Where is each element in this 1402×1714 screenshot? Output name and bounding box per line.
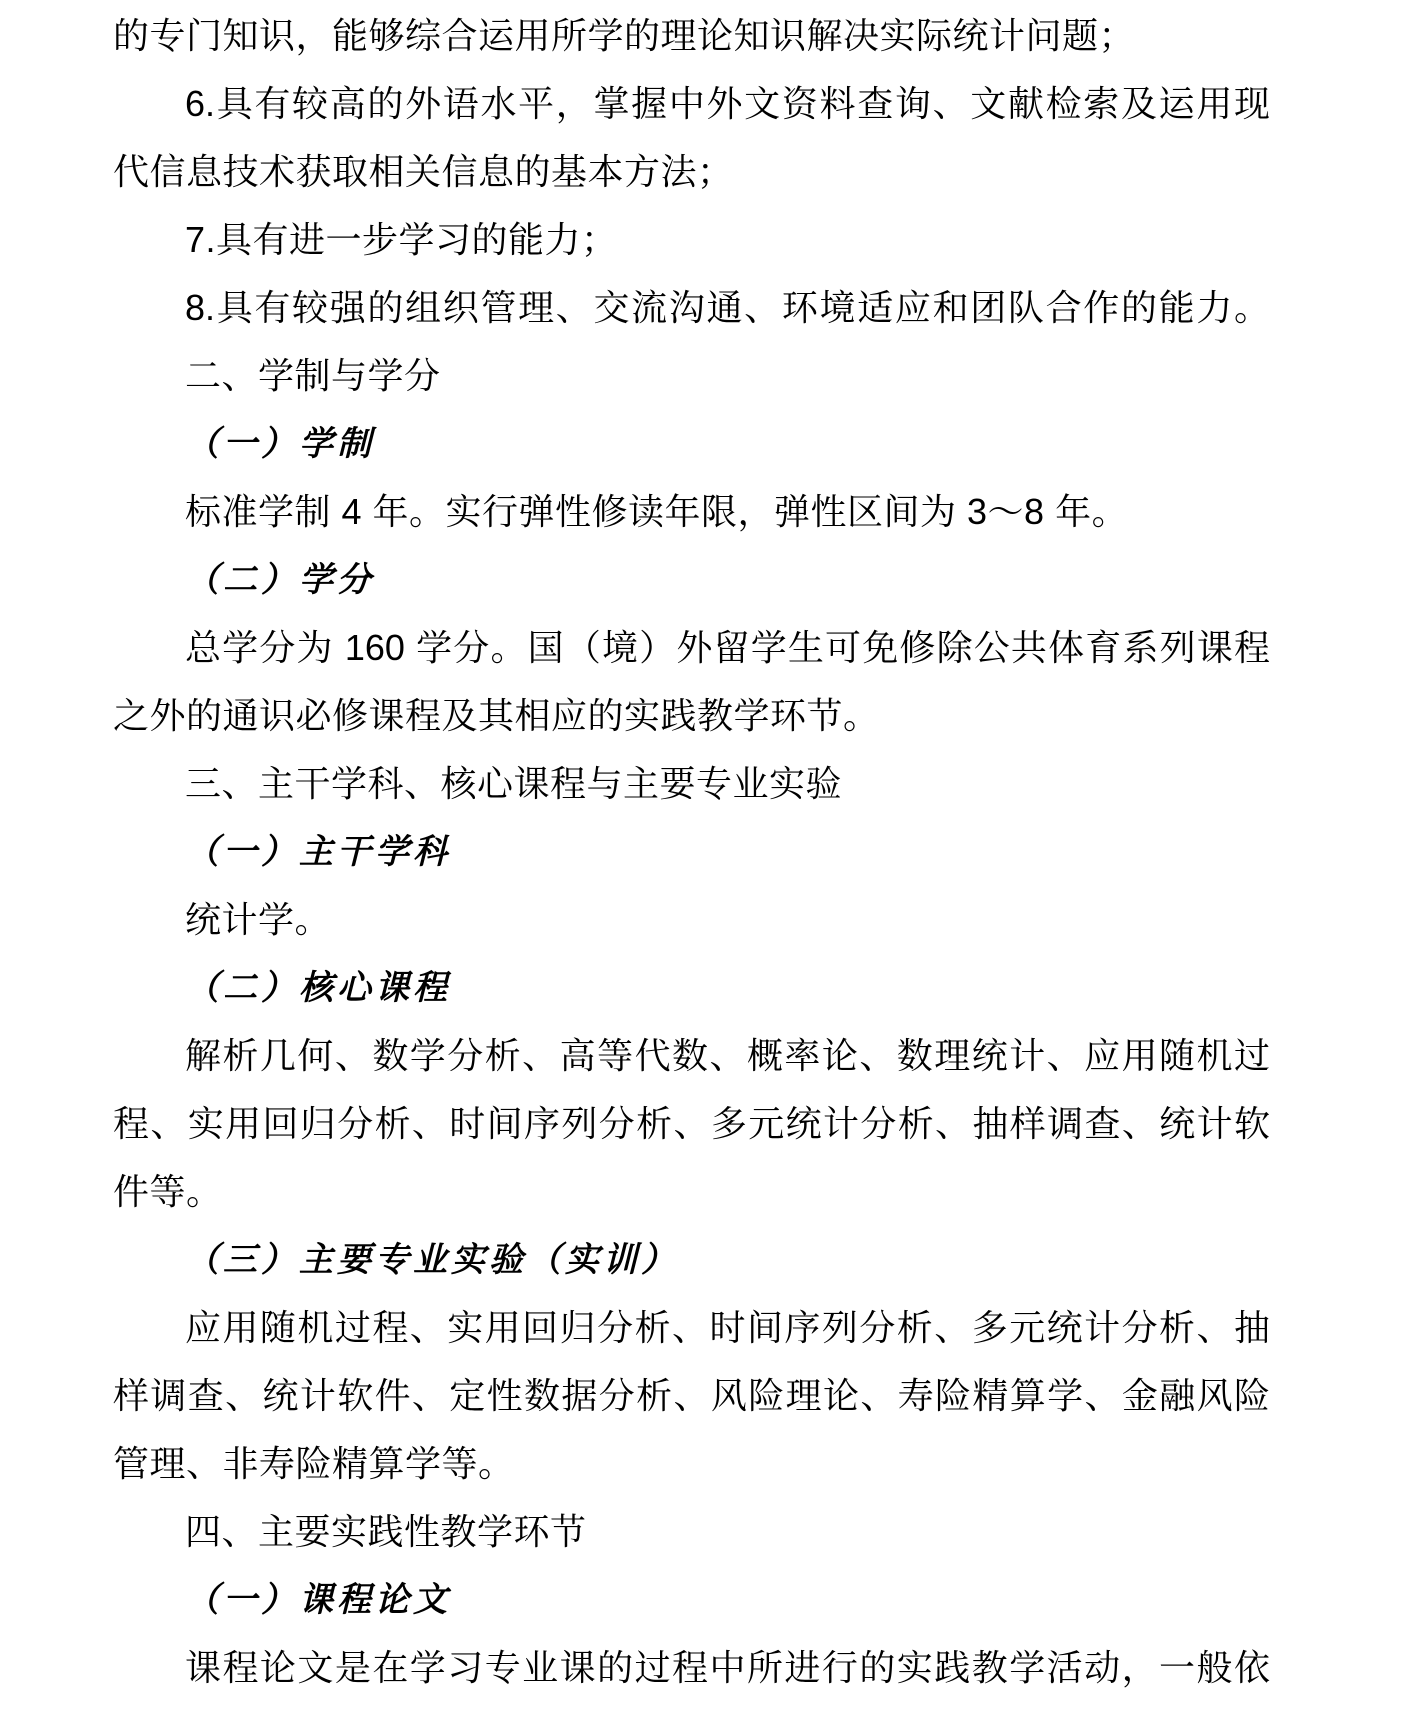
body-text-line: 6.具有较高的外语水平，掌握中外文资料查询、文献检索及运用现: [113, 70, 1270, 138]
body-text-line: 解析几何、数学分析、高等代数、概率论、数理统计、应用随机过: [113, 1022, 1270, 1090]
body-text-line: 7.具有进一步学习的能力；: [113, 206, 1270, 274]
document-text-content: 的专门知识，能够综合运用所学的理论知识解决实际统计问题；6.具有较高的外语水平，…: [113, 2, 1270, 1702]
subsection-heading-kai: （三）主要专业实验（实训）: [113, 1226, 1270, 1294]
body-text-line: 样调查、统计软件、定性数据分析、风险理论、寿险精算学、金融风险: [113, 1362, 1270, 1430]
body-text-line: 应用随机过程、实用回归分析、时间序列分析、多元统计分析、抽: [113, 1294, 1270, 1362]
body-text-line: 课程论文是在学习专业课的过程中所进行的实践教学活动，一般依: [113, 1634, 1270, 1702]
body-text-line: 统计学。: [113, 886, 1270, 954]
body-text-line: 总学分为 160 学分。国（境）外留学生可免修除公共体育系列课程: [113, 614, 1270, 682]
body-text-line: 件等。: [113, 1158, 1270, 1226]
subsection-heading-kai: （二）核心课程: [113, 954, 1270, 1022]
section-heading: 四、主要实践性教学环节: [113, 1498, 1270, 1566]
subsection-heading-kai: （一）课程论文: [113, 1566, 1270, 1634]
subsection-heading-kai: （二）学分: [113, 546, 1270, 614]
section-heading: 二、学制与学分: [113, 342, 1270, 410]
body-text-line: 之外的通识必修课程及其相应的实践教学环节。: [113, 682, 1270, 750]
body-text-line: 管理、非寿险精算学等。: [113, 1430, 1270, 1498]
document-page: 的专门知识，能够综合运用所学的理论知识解决实际统计问题；6.具有较高的外语水平，…: [0, 0, 1402, 1714]
body-text-line: 的专门知识，能够综合运用所学的理论知识解决实际统计问题；: [113, 2, 1270, 70]
body-text-line: 8.具有较强的组织管理、交流沟通、环境适应和团队合作的能力。: [113, 274, 1270, 342]
subsection-heading-kai: （一）学制: [113, 410, 1270, 478]
body-text-line: 标准学制 4 年。实行弹性修读年限，弹性区间为 3～8 年。: [113, 478, 1270, 546]
body-text-line: 程、实用回归分析、时间序列分析、多元统计分析、抽样调查、统计软: [113, 1090, 1270, 1158]
subsection-heading-kai: （一）主干学科: [113, 818, 1270, 886]
body-text-line: 代信息技术获取相关信息的基本方法；: [113, 138, 1270, 206]
section-heading: 三、主干学科、核心课程与主要专业实验: [113, 750, 1270, 818]
